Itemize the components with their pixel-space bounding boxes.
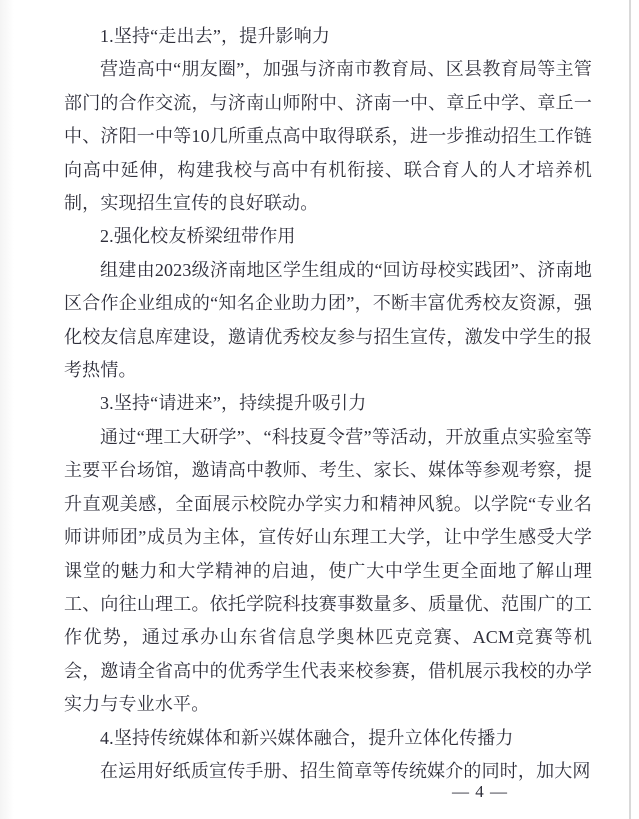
document-body: 1.坚持“走出去”，提升影响力 营造高中“朋友圈”，加强与济南市教育局、区县教育… (64, 20, 592, 788)
paragraph-4: 在运用好纸质宣传手册、招生简章等传统媒介的同时，加大网 (64, 755, 592, 788)
heading-3: 3.坚持“请进来”，持续提升吸引力 (64, 387, 592, 420)
paragraph-2: 组建由2023级济南地区学生组成的“回访母校实践团”、济南地区合作企业组成的“知… (64, 254, 592, 388)
heading-4: 4.坚持传统媒体和新兴媒体融合，提升立体化传播力 (64, 722, 592, 755)
paragraph-3: 通过“理工大研学”、“科技夏令营”等活动，开放重点实验室等主要平台场馆，邀请高中… (64, 421, 592, 722)
paragraph-1: 营造高中“朋友圈”，加强与济南市教育局、区县教育局等主管部门的合作交流，与济南山… (64, 53, 592, 220)
scanned-document-page: 1.坚持“走出去”，提升影响力 营造高中“朋友圈”，加强与济南市教育局、区县教育… (0, 0, 639, 819)
heading-2: 2.强化校友桥梁纽带作用 (64, 220, 592, 253)
page-number: — 4 — (452, 782, 508, 802)
heading-1: 1.坚持“走出去”，提升影响力 (64, 20, 592, 53)
page-edge-line (629, 0, 631, 819)
page-left-shade (0, 0, 14, 819)
